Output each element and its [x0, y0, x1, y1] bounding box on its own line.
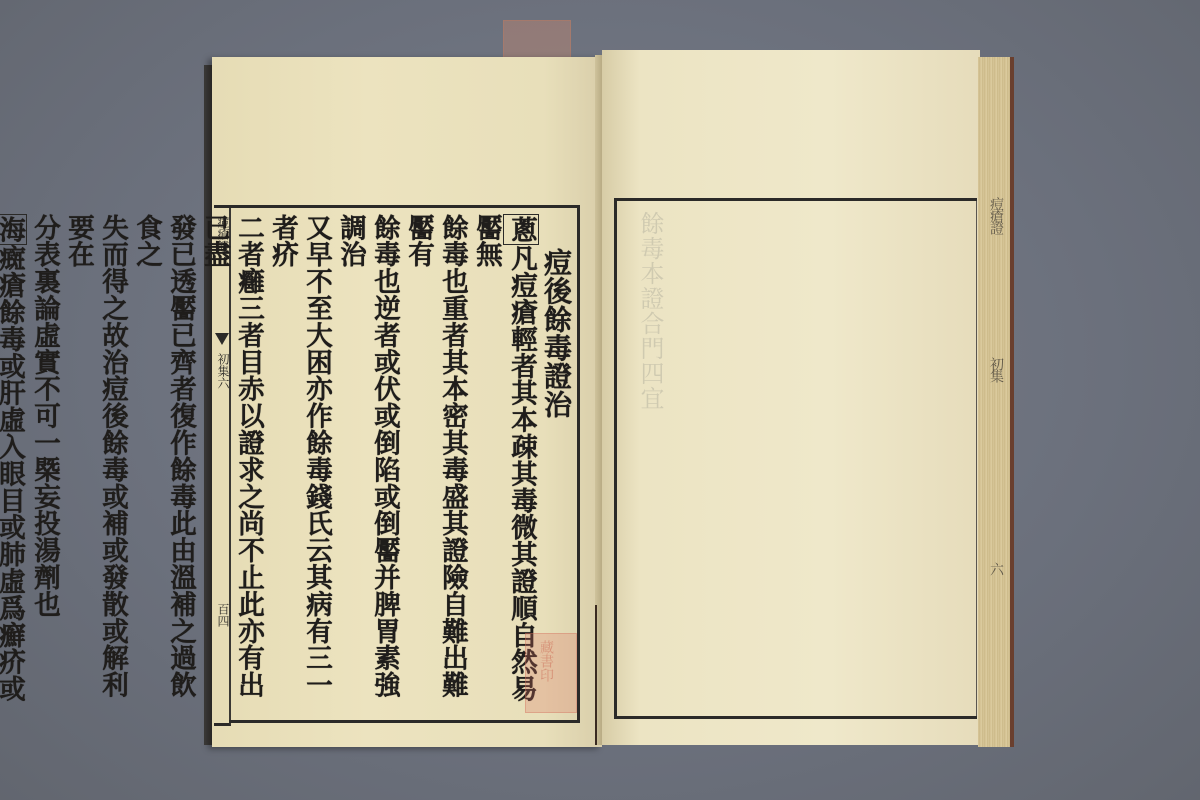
text-column-7: 失而得之故治痘後餘毒或補或發散或解利要在 [61, 214, 129, 716]
fore-edge-label-volume: 初集 [980, 357, 1006, 381]
frame-edge-line [976, 201, 977, 716]
left-page: 痘瘡證 初集六 百四 痘後餘毒證治 蔥凡痘瘡輕者其本疎其毒微其證順自然易靨無 餘… [212, 57, 602, 747]
open-book: 痘瘡證 初集六 百四 痘後餘毒證治 蔥凡痘瘡輕者其本疎其毒微其證順自然易靨無 餘… [200, 45, 1020, 745]
text-column-6: 發已透靨已齊者復作餘毒此由溫補之過飲食之 [129, 214, 197, 716]
text-column-2: 餘毒也重者其本密其毒盛其證險自難出難靨有 [401, 214, 469, 716]
column-text: 癍瘡餘毒或肝虛入眼目或肺虛爲癬疥或爲癰 [0, 214, 25, 702]
text-column-9: 海癍瘡餘毒或肝虛入眼目或肺虛爲癬疥或爲癰 [0, 214, 27, 716]
right-text-frame: 餘毒本證合門四宜 [614, 198, 977, 719]
column-text: 凡痘瘡輕者其本疎其毒微其證順自然易靨無 [471, 214, 537, 702]
right-page: 餘毒本證合門四宜 [602, 50, 980, 745]
fore-edge-label-number: 六 [980, 562, 1006, 574]
text-column-4: 又早不至大困亦作餘毒錢氏云其病有三一者疥 [265, 214, 333, 716]
ownership-seal: 藏書印 [525, 633, 577, 713]
gutter-crease [595, 605, 597, 745]
text-frame: 痘後餘毒證治 蔥凡痘瘡輕者其本疎其毒微其證順自然易靨無 餘毒也重者其本密其毒盛其… [229, 205, 580, 723]
column-marker: 海 [0, 214, 27, 245]
fore-edge: 痘瘡證 初集 六 [978, 57, 1014, 747]
column-marker: 蔥 [503, 214, 539, 245]
text-column-5: 二者癰三者目赤以證求之尚不止此亦有出已盡 [197, 214, 265, 716]
text-column-8: 分表裏論虛實不可一槩妄投湯劑也 [27, 214, 61, 716]
text-columns: 痘後餘毒證治 蔥凡痘瘡輕者其本疎其毒微其證順自然易靨無 餘毒也重者其本密其毒盛其… [233, 214, 573, 716]
showthrough-text: 餘毒本證合門四宜 [635, 211, 665, 411]
seal-text: 藏書印 [536, 640, 556, 682]
text-column-3: 餘毒也逆者或伏或倒陷或倒靨并脾胃素強調治 [333, 214, 401, 716]
fore-edge-label-title: 痘瘡證 [980, 197, 1006, 233]
